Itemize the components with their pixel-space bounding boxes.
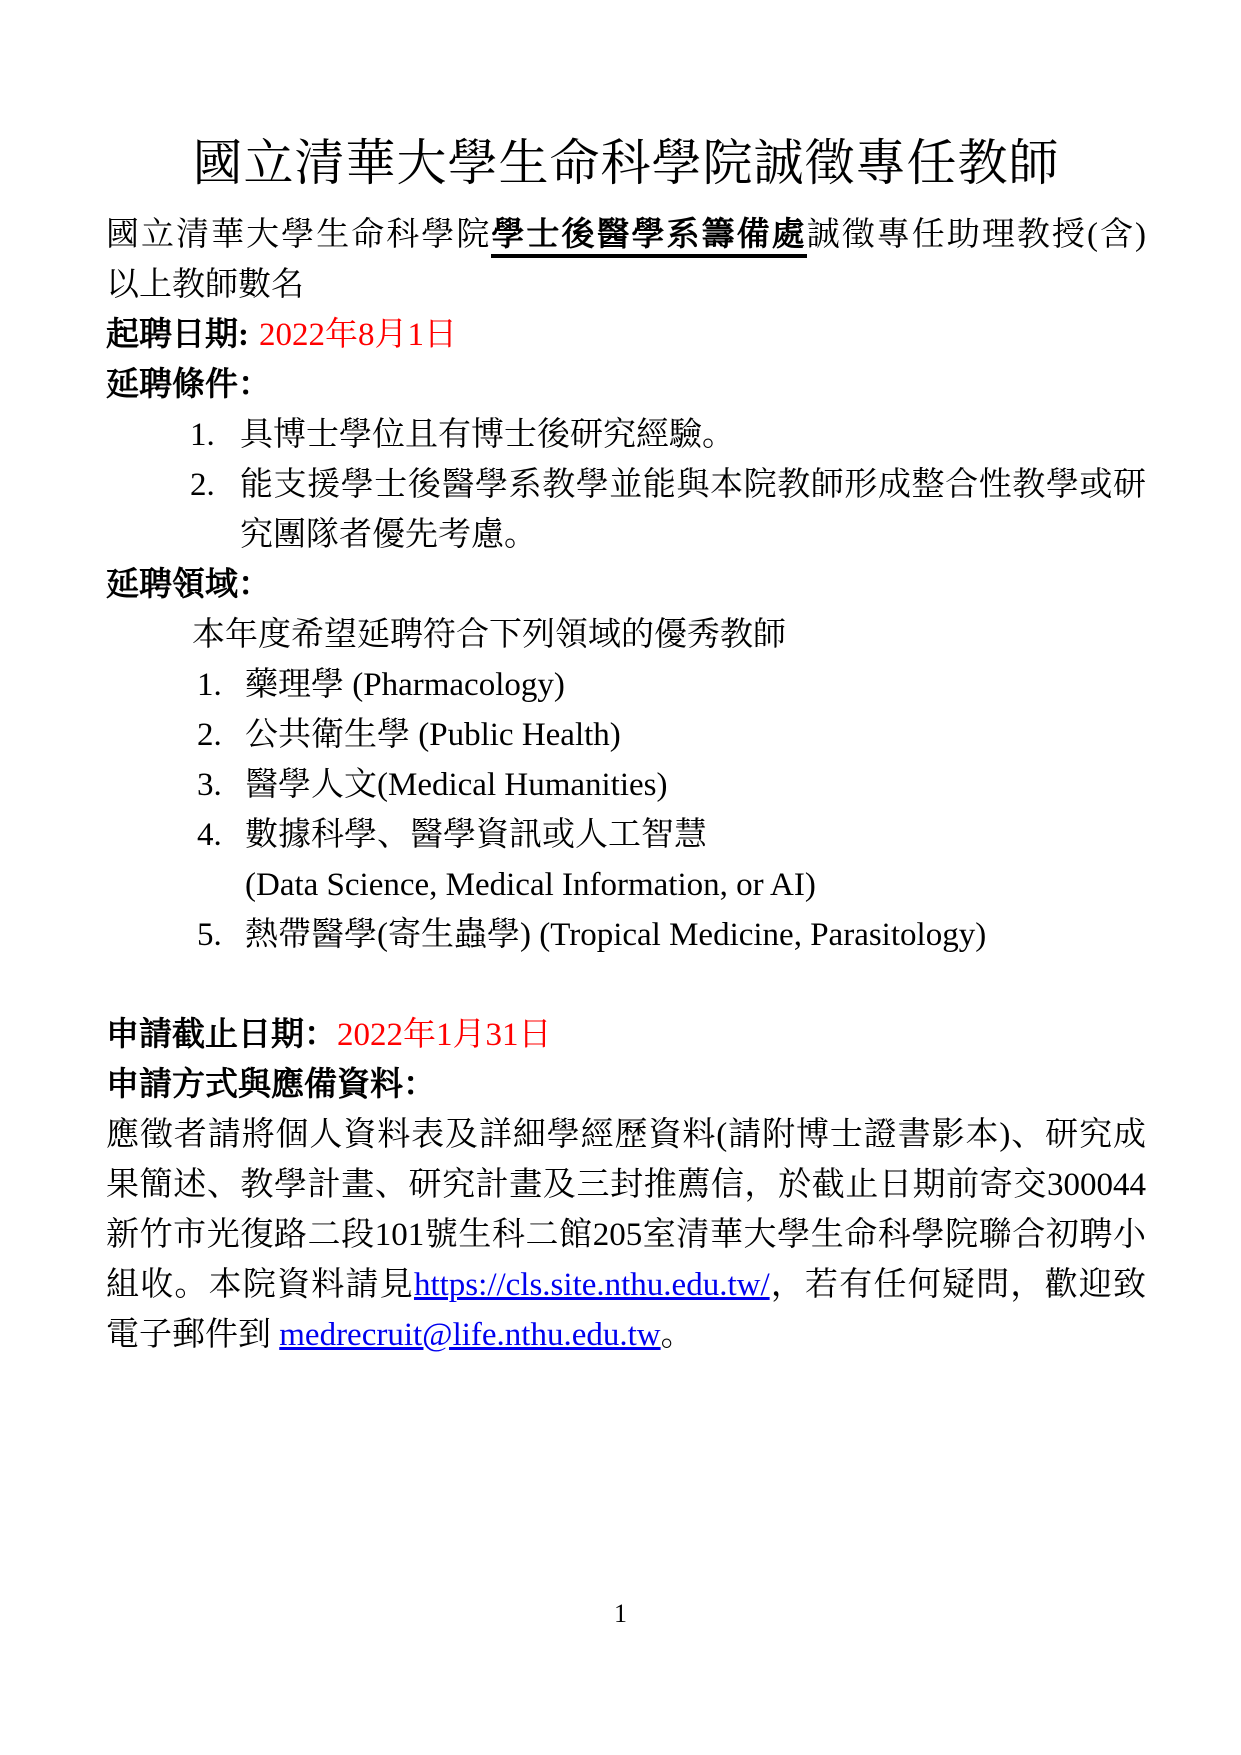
deadline-label: 申請截止日期： xyxy=(106,1017,337,1053)
intro-prefix: 國立清華大學生命科學院 xyxy=(106,217,491,253)
intro-line-2: 以上教師數名 xyxy=(106,260,1146,310)
field-item-1-number: 1. xyxy=(197,660,245,710)
field-item-3: 3. 醫學人文(Medical Humanities) xyxy=(106,760,1146,810)
document-content: 國立清華大學生命科學院誠徵專任教師 國立清華大學生命科學院學士後醫學系籌備處誠徵… xyxy=(106,128,1146,1360)
fields-heading: 延聘領域： xyxy=(106,560,1146,610)
conditions-heading: 延聘條件： xyxy=(106,360,1146,410)
field-item-5-number: 5. xyxy=(197,910,245,960)
email-link[interactable]: medrecruit@life.nthu.edu.tw xyxy=(279,1317,660,1353)
intro-line-1: 國立清華大學生命科學院學士後醫學系籌備處誠徵專任助理教授(含) xyxy=(106,210,1146,260)
start-date-line: 起聘日期:2022年8月1日 xyxy=(106,310,1146,360)
application-paragraph: 應徵者請將個人資料表及詳細學經歷資料(請附博士證書影本)、研究成果簡述、教學計畫… xyxy=(106,1110,1146,1360)
field-item-4-text: 數據科學、醫學資訊或人工智慧(Data Science, Medical Inf… xyxy=(245,810,1146,910)
condition-item-1-number: 1. xyxy=(190,410,240,460)
document-body: 國立清華大學生命科學院學士後醫學系籌備處誠徵專任助理教授(含) 以上教師數名 起… xyxy=(106,210,1146,1360)
field-item-5-text: 熱帶醫學(寄生蟲學) (Tropical Medicine, Parasitol… xyxy=(245,910,1146,960)
intro-suffix: 誠徵專任助理教授(含) xyxy=(807,217,1146,253)
deadline-value: 2022年1月31日 xyxy=(337,1017,552,1053)
deadline-line: 申請截止日期：2022年1月31日 xyxy=(106,1010,1146,1060)
start-date-label: 起聘日期: xyxy=(106,317,249,353)
fields-intro: 本年度希望延聘符合下列領域的優秀教師 xyxy=(192,610,1146,660)
page-number: 1 xyxy=(0,1596,1241,1632)
field-item-2: 2. 公共衛生學 (Public Health) xyxy=(106,710,1146,760)
field-item-3-number: 3. xyxy=(197,760,245,810)
field-item-1-text: 藥理學 (Pharmacology) xyxy=(245,660,1146,710)
document-title: 國立清華大學生命科學院誠徵專任教師 xyxy=(106,128,1146,198)
document-page: 國立清華大學生命科學院誠徵專任教師 國立清華大學生命科學院學士後醫學系籌備處誠徵… xyxy=(0,0,1241,1755)
field-item-4-text-en: (Data Science, Medical Information, or A… xyxy=(245,867,816,903)
field-item-2-number: 2. xyxy=(197,710,245,760)
website-link[interactable]: https://cls.site.nthu.edu.tw/ xyxy=(414,1267,770,1303)
start-date-value: 2022年8月1日 xyxy=(259,317,457,353)
condition-item-1-text: 具博士學位且有博士後研究經驗。 xyxy=(240,410,1146,460)
dept-highlight: 學士後醫學系籌備處 xyxy=(491,217,806,258)
field-item-4-text-zh: 數據科學、醫學資訊或人工智慧 xyxy=(245,817,707,853)
application-text-3: 。 xyxy=(661,1317,694,1353)
condition-item-2-number: 2. xyxy=(190,460,240,560)
condition-item-2-text: 能支援學士後醫學系教學並能與本院教師形成整合性教學或研究團隊者優先考慮。 xyxy=(240,460,1146,560)
condition-item-2: 2. 能支援學士後醫學系教學並能與本院教師形成整合性教學或研究團隊者優先考慮。 xyxy=(106,460,1146,560)
field-item-3-text: 醫學人文(Medical Humanities) xyxy=(245,760,1146,810)
method-heading: 申請方式與應備資料： xyxy=(106,1060,1146,1110)
field-item-2-text: 公共衛生學 (Public Health) xyxy=(245,710,1146,760)
field-item-5: 5. 熱帶醫學(寄生蟲學) (Tropical Medicine, Parasi… xyxy=(106,910,1146,960)
field-item-4-number: 4. xyxy=(197,810,245,910)
field-item-1: 1. 藥理學 (Pharmacology) xyxy=(106,660,1146,710)
field-item-4: 4. 數據科學、醫學資訊或人工智慧(Data Science, Medical … xyxy=(106,810,1146,910)
condition-item-1: 1. 具博士學位且有博士後研究經驗。 xyxy=(106,410,1146,460)
